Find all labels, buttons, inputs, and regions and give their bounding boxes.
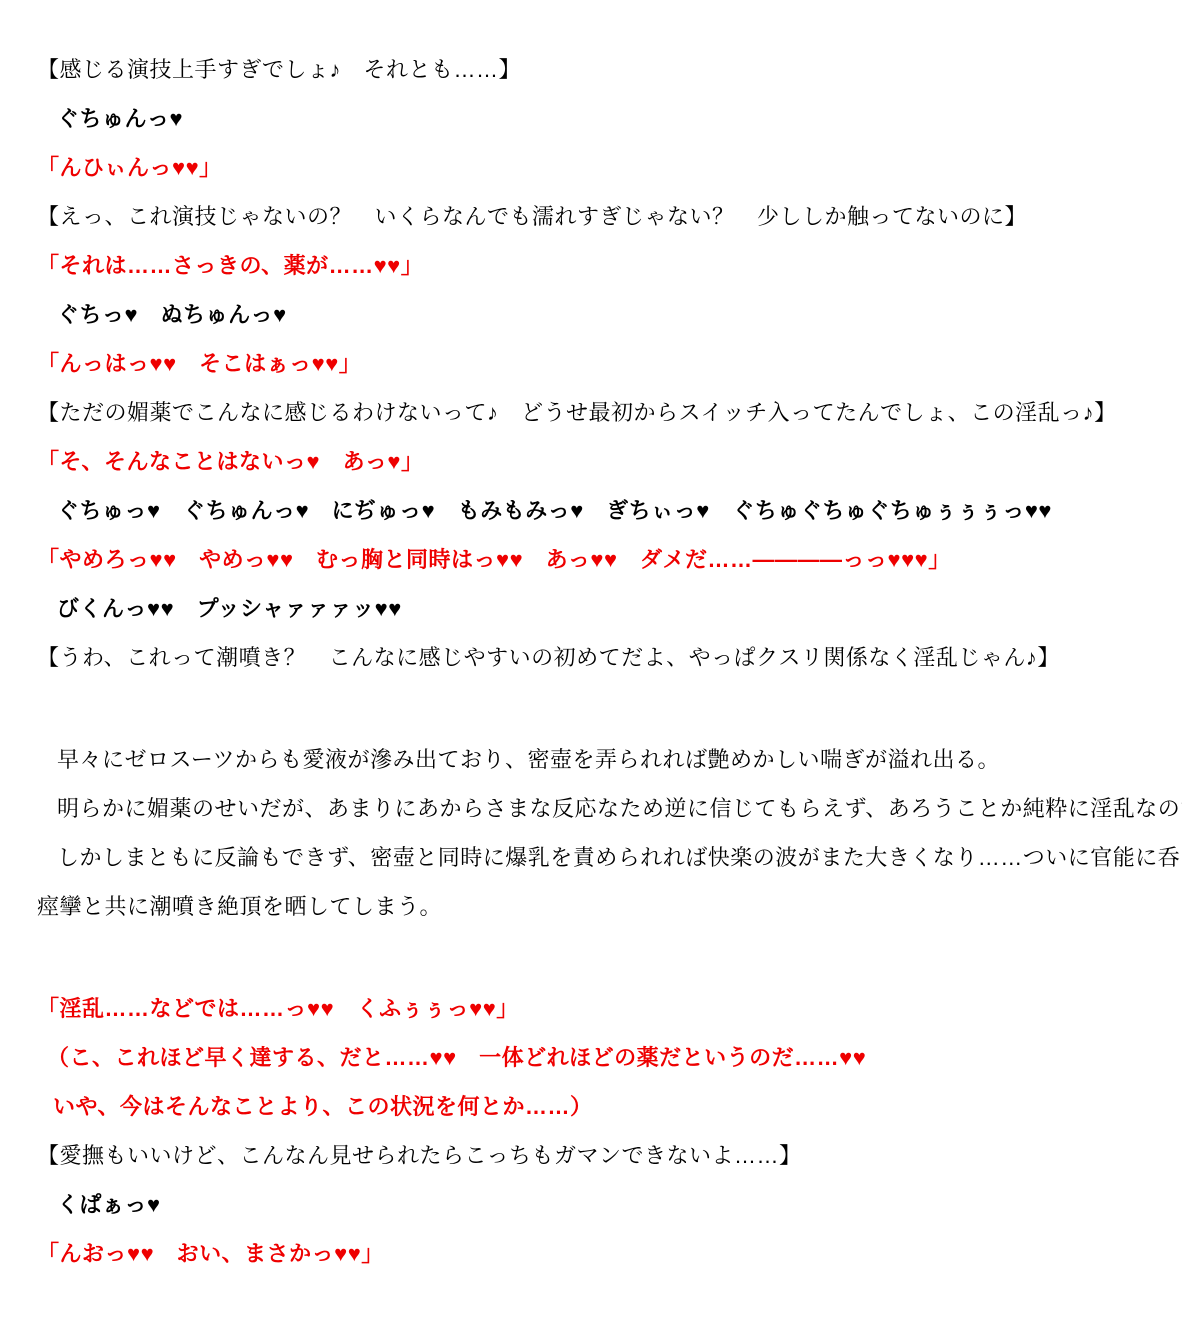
sfx-line: くぱぁっ♥ (37, 1180, 1142, 1229)
bracket-dialogue-line: 【感じる演技上手すぎでしょ♪ それとも……】 (37, 45, 1142, 94)
red-dialogue-line: 「それは……さっきの、薬が……♥♥」 (37, 241, 1142, 290)
document-page: 【感じる演技上手すぎでしょ♪ それとも……】ぐちゅんっ♥「んひぃんっ♥♥」【えっ… (0, 0, 1182, 1339)
sfx-line: びくんっ♥♥ プッシャァァァッ♥♥ (37, 584, 1142, 633)
red-dialogue-line: 「んっはっ♥♥ そこはぁっ♥♥」 (37, 339, 1142, 388)
sfx-line: ぐちっ♥ ぬちゅんっ♥ (37, 290, 1142, 339)
sfx-line: ぐちゅっ♥ ぐちゅんっ♥ にぢゅっ♥ もみもみっ♥ ぎちぃっ♥ ぐちゅぐちゅぐち… (37, 486, 1142, 535)
red-dialogue-line: 「やめろっ♥♥ やめっ♥♥ むっ胸と同時はっ♥♥ あっ♥♥ ダメだ……――――っ… (37, 535, 1142, 584)
narrative-line: しかしまともに反論もできず、密壺と同時に爆乳を責められれば快楽の波がまた大きくな… (37, 833, 1142, 882)
bracket-dialogue-line: 【ただの媚薬でこんなに感じるわけないって♪ どうせ最初からスイッチ入ってたんでし… (37, 388, 1142, 437)
inner-thought-line: いや、今はそんなことより、この状況を何とか……） (37, 1082, 1142, 1131)
bracket-dialogue-line: 【うわ、これって潮噴き？ こんなに感じやすいの初めてだよ、やっぱクスリ関係なく淫… (37, 633, 1142, 682)
red-dialogue-line: 「んおっ♥♥ おい、まさかっ♥♥」 (37, 1229, 1142, 1278)
narrative-line: 明らかに媚薬のせいだが、あまりにあからさまな反応なため逆に信じてもらえず、あろう… (37, 784, 1142, 833)
inner-thought-line: （こ、これほど早く達する、だと……♥♥ 一体どれほどの薬だというのだ……♥♥ (37, 1033, 1142, 1082)
narrative-line: 痙攣と共に潮噴き絶頂を晒してしまう。 (37, 882, 1142, 931)
bracket-dialogue-line: 【えっ、これ演技じゃないの？ いくらなんでも濡れすぎじゃない？ 少ししか触ってな… (37, 192, 1142, 241)
paragraph-gap (37, 682, 1142, 735)
sfx-line: ぐちゅんっ♥ (37, 94, 1142, 143)
narrative-line: 早々にゼロスーツからも愛液が滲み出ており、密壺を弄られれば艶めかしい喘ぎが溢れ出… (37, 735, 1142, 784)
red-dialogue-line: 「淫乱……などでは……っ♥♥ くふぅぅっ♥♥」 (37, 984, 1142, 1033)
bracket-dialogue-line: 【愛撫もいいけど、こんなん見せられたらこっちもガマンできないよ……】 (37, 1131, 1142, 1180)
paragraph-gap (37, 931, 1142, 984)
red-dialogue-line: 「そ、そんなことはないっ♥ あっ♥」 (37, 437, 1142, 486)
red-dialogue-line: 「んひぃんっ♥♥」 (37, 143, 1142, 192)
